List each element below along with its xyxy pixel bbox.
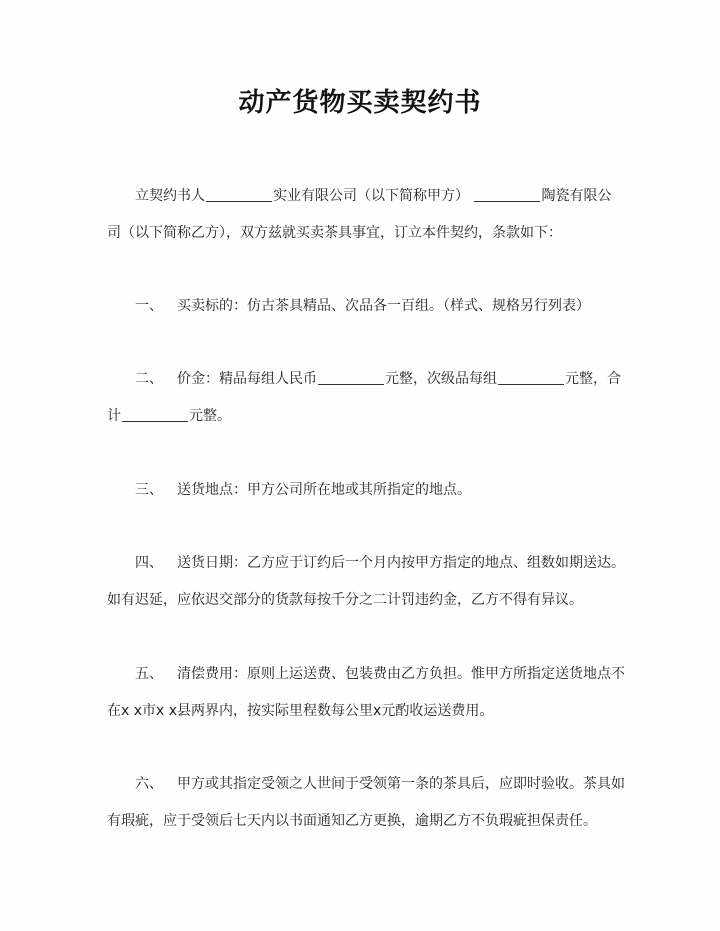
clause-6-line-1: 六、甲方或其指定受领之人世间于受领第一条的茶具后，应即时验收。茶具如 [107,766,627,803]
clause-number: 一、 [135,288,163,325]
clause-5-line-1: 五、清偿费用：原则上运送费、包装费由乙方负担。惟甲方所指定送货地点不 [107,656,627,693]
preamble-line-1: 立契约书人实业有限公司（以下简称甲方） 陶瓷有限公 [107,178,627,215]
clause-5: 五、清偿费用：原则上运送费、包装费由乙方负担。惟甲方所指定送货地点不 在x x市… [107,656,627,730]
clause-number: 二、 [135,361,163,398]
clause-number: 四、 [135,545,163,582]
document-title: 动产货物买卖契约书 [0,86,720,120]
preamble-line-2: 司（以下简称乙方），双方兹就买卖茶具事宜，订立本件契约，条款如下： [107,215,627,252]
preamble-text-c: 陶瓷有限公 [541,188,611,204]
clause-text: 买卖标的：仿古茶具精品、次品各一百组。（样式、规格另行列表） [177,298,590,314]
clause-text-d: 计 [107,408,121,424]
clause-3: 三、送货地点：甲方公司所在地或其所指定的地点。 [107,472,627,509]
clause-text-e: 元整。 [189,408,231,424]
preamble-paragraph: 立契约书人实业有限公司（以下简称甲方） 陶瓷有限公 司（以下简称乙方），双方兹就… [107,178,627,252]
document-page: 动产货物买卖契约书 立契约书人实业有限公司（以下简称甲方） 陶瓷有限公 司（以下… [0,0,720,931]
clause-4-line-1: 四、送货日期：乙方应于订约后一个月内按甲方指定的地点、组数如期送达。 [107,545,627,582]
clause-6-line-2: 有瑕疵，应于受领后七天内以书面通知乙方更换，逾期乙方不负瑕疵担保责任。 [107,803,627,840]
clause-2: 二、价金：精品每组人民币元整，次级品每组元整，合 计元整。 [107,361,627,435]
clause-2-line-2: 计元整。 [107,398,627,435]
clause-1-line-1: 一、买卖标的：仿古茶具精品、次品各一百组。（样式、规格另行列表） [107,288,627,325]
party-a-name-blank[interactable] [206,187,272,202]
clause-1: 一、买卖标的：仿古茶具精品、次品各一百组。（样式、规格另行列表） [107,288,627,325]
party-b-name-blank[interactable] [474,187,540,202]
clause-4: 四、送货日期：乙方应于订约后一个月内按甲方指定的地点、组数如期送达。 如有迟延，… [107,545,627,619]
premium-price-blank[interactable] [318,370,384,385]
clause-2-line-1: 二、价金：精品每组人民币元整，次级品每组元整，合 [107,361,627,398]
clause-text: 清偿费用：原则上运送费、包装费由乙方负担。惟甲方所指定送货地点不 [177,666,625,682]
clause-3-line-1: 三、送货地点：甲方公司所在地或其所指定的地点。 [107,472,627,509]
clause-text: 送货日期：乙方应于订约后一个月内按甲方指定的地点、组数如期送达。 [177,555,625,571]
clause-text: 甲方或其指定受领之人世间于受领第一条的茶具后，应即时验收。茶具如 [177,776,625,792]
secondary-price-blank[interactable] [498,370,564,385]
preamble-text-b: 实业有限公司（以下简称甲方） [273,188,469,204]
clause-number: 三、 [135,472,163,509]
clause-5-line-2: 在x x市x x县两界内，按实际里程数每公里x元酌收运送费用。 [107,693,627,730]
clause-text: 送货地点：甲方公司所在地或其所指定的地点。 [177,482,471,498]
clause-text-b: 元整，次级品每组 [385,371,497,387]
clause-number: 六、 [135,766,163,803]
total-price-blank[interactable] [122,407,188,422]
clause-4-line-2: 如有迟延，应依迟交部分的货款每按千分之二计罚违约金，乙方不得有异议。 [107,582,627,619]
clause-number: 五、 [135,656,163,693]
preamble-text-a: 立契约书人 [135,188,205,204]
clause-text-c: 元整，合 [565,371,621,387]
clause-6: 六、甲方或其指定受领之人世间于受领第一条的茶具后，应即时验收。茶具如 有瑕疵，应… [107,766,627,840]
clause-text-a: 价金：精品每组人民币 [177,371,317,387]
